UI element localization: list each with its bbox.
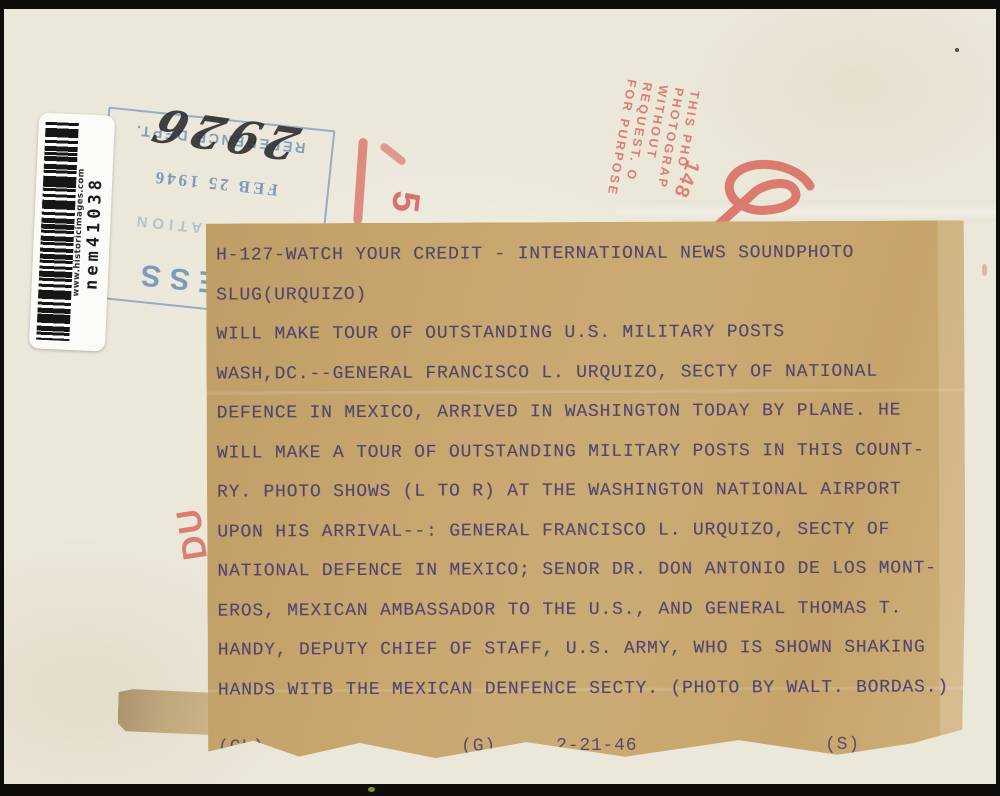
caption-line: HANDS WITB THE MEXICAN DENFENCE SECTY. (…	[218, 668, 962, 711]
stamp-date: FEB 25 1946	[152, 167, 279, 200]
caption-line: WILL MAKE A TOUR OF OUTSTANDING MILITARY…	[217, 431, 961, 474]
barcode-code: nem41038	[82, 176, 107, 291]
barcode-sticker: www.historicimages.com nem41038	[29, 112, 115, 351]
caption-line: UPON HIS ARRIVAL--: GENERAL FRANCISCO L.…	[217, 510, 961, 553]
caption-line: DEFENCE IN MEXICO, ARRIVED IN WASHINGTON…	[217, 391, 961, 434]
caption-label: H-127-WATCH YOUR CREDIT - INTERNATIONAL …	[206, 220, 966, 759]
dark-speck	[955, 48, 959, 52]
scanned-photo-back: www.historicimages.com nem41038 PRESS AS…	[0, 0, 1000, 796]
green-speck	[368, 787, 375, 792]
caption-line: WILL MAKE TOUR OF OUTSTANDING U.S. MILIT…	[216, 312, 960, 355]
caption-line: NATIONAL DEFENCE IN MEXICO; SENOR DR. DO…	[217, 549, 961, 592]
pink-speck	[982, 264, 987, 276]
caption-line: EROS, MEXICAN AMBASSADOR TO THE U.S., AN…	[217, 589, 961, 632]
caption-line: WASH,DC.--GENERAL FRANCISCO L. URQUIZO, …	[216, 352, 960, 395]
caption-text: H-127-WATCH YOUR CREDIT - INTERNATIONAL …	[216, 233, 962, 710]
tape-remnant	[117, 689, 218, 736]
footer-s: (S)	[825, 735, 860, 755]
caption-line: SLUG(URQUIZO)	[216, 273, 960, 316]
caption-line: RY. PHOTO SHOWS (L TO R) AT THE WASHINGT…	[217, 470, 961, 513]
caption-line: HANDY, DEPUTY CHIEF OF STAFF, U.S. ARMY,…	[218, 628, 962, 671]
barcode	[36, 122, 78, 341]
caption-line: H-127-WATCH YOUR CREDIT - INTERNATIONAL …	[216, 233, 960, 276]
